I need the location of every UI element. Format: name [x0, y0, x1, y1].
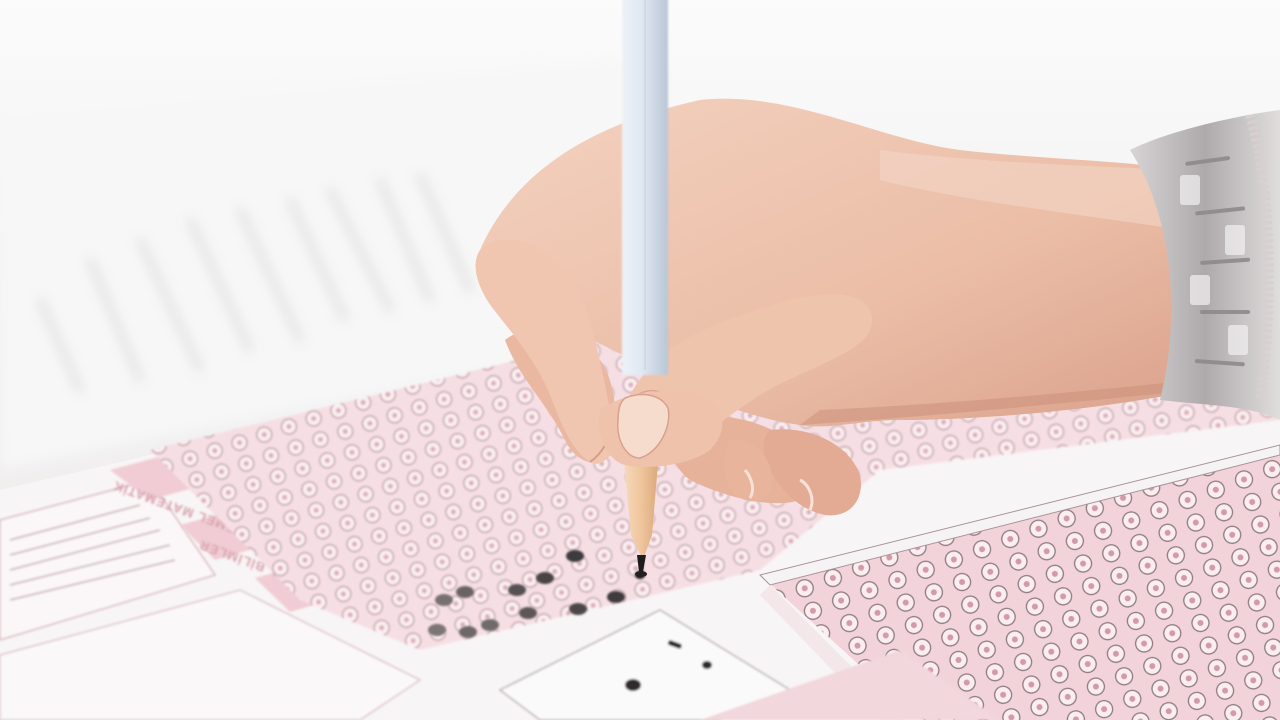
scene-graphic: TEMEL MATEMATİK SOSYAL BİLİMLER — [0, 0, 1280, 720]
photo-scene: TEMEL MATEMATİK SOSYAL BİLİMLER — [0, 0, 1280, 720]
